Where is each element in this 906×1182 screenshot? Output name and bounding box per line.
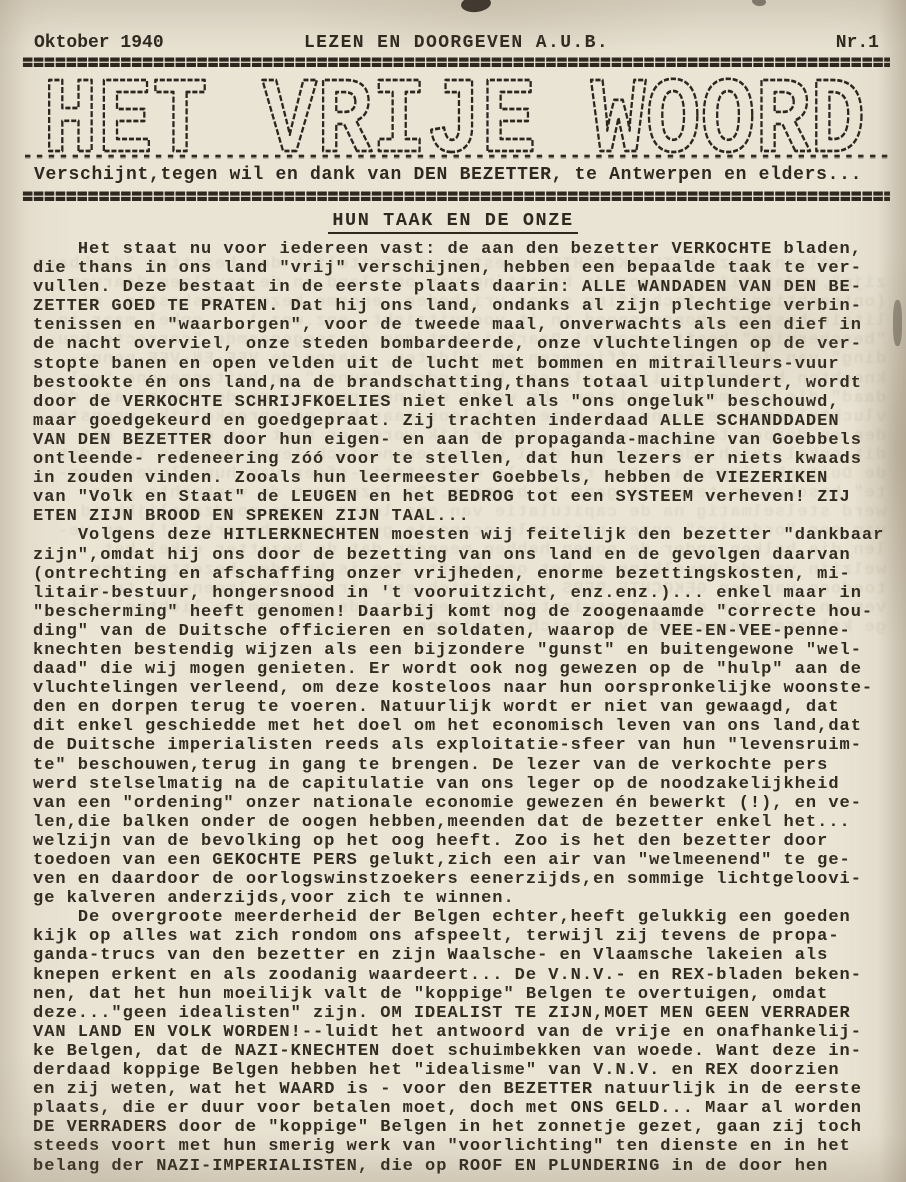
paragraph: Volgens deze HITLERKNECHTEN moesten wij …	[33, 526, 899, 908]
paragraph: Het staat nu voor iedereen vast: de aan …	[33, 240, 899, 526]
double-rule-bottom: ========================================…	[22, 189, 890, 206]
article-body: Het staat nu voor iedereen vast: de aan …	[33, 240, 899, 1176]
issue-number: Nr.1	[836, 33, 879, 53]
masthead: Oktober 1940 LEZEN EN DOORGEVEN A.U.B. N…	[34, 33, 879, 55]
ink-smudge	[460, 0, 492, 14]
read-and-pass-on-notice: LEZEN EN DOORGEVEN A.U.B.	[304, 33, 609, 53]
paragraph: De overgroote meerderheid der Belgen ech…	[33, 908, 899, 1175]
ink-smudge	[893, 300, 902, 346]
newspaper-page: Volgens deze HITLERKNECHTEN moesten wij …	[0, 0, 906, 1182]
dashed-rule: ----------------------------------------…	[22, 149, 890, 163]
article-heading-row: HUN TAAK EN DE ONZE	[0, 210, 906, 234]
masthead-subtitle: Verschijnt,tegen wil en dank van DEN BEZ…	[34, 165, 886, 185]
article-heading: HUN TAAK EN DE ONZE	[328, 210, 577, 234]
ink-smudge	[751, 0, 766, 7]
issue-date: Oktober 1940	[34, 33, 164, 53]
